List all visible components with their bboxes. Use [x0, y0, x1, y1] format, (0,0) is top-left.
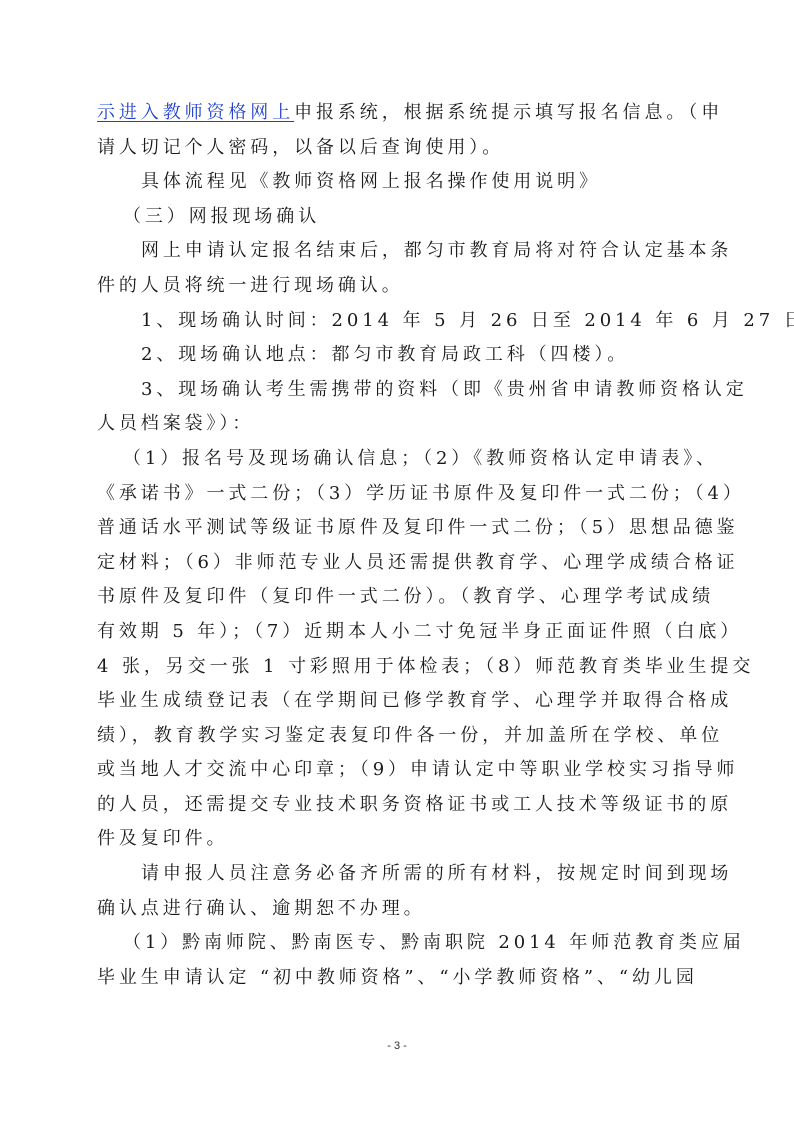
paragraph-line: 或当地人才交流中心印章；（9）申请认定中等职业学校实习指导师 — [97, 753, 715, 788]
line-text: 申报系统，根据系统提示填写报名信息。（申 — [294, 102, 723, 123]
paragraph-line: 毕业生成绩登记表（在学期间已修学教育学、心理学并取得合格成 — [97, 684, 715, 719]
page-number: - 3 - — [0, 1040, 794, 1052]
paragraph-line: 4 张，另交一张 1 寸彩照用于体检表；（8）师范教育类毕业生提交 — [97, 650, 715, 685]
paragraph-line: 定材料；（6）非师范专业人员还需提供教育学、心理学成绩合格证 — [97, 546, 715, 581]
paragraph-line: 3、现场确认考生需携带的资料（即《贵州省申请教师资格认定 — [97, 373, 715, 408]
paragraph-line: 件及复印件。 — [97, 822, 715, 857]
paragraph-line: 毕业生申请认定 “初中教师资格”、“小学教师资格”、“幼儿园 — [97, 961, 715, 996]
section-heading: （三）网报现场确认 — [97, 200, 715, 235]
teacher-qualification-link[interactable]: 示进入教师资格网上 — [97, 102, 294, 123]
paragraph-line: 《承诺书》一式二份；（3）学历证书原件及复印件一式二份；（4） — [97, 477, 715, 512]
paragraph-line: 的人员，还需提交专业技术职务资格证书或工人技术等级证书的原 — [97, 788, 715, 823]
paragraph-line: 普通话水平测试等级证书原件及复印件一式二份；（5）思想品德鉴 — [97, 511, 715, 546]
paragraph-line: （1）黔南师院、黔南医专、黔南职院 2014 年师范教育类应届 — [97, 926, 715, 961]
paragraph-line: 件的人员将统一进行现场确认。 — [97, 269, 715, 304]
paragraph-line: 示进入教师资格网上申报系统，根据系统提示填写报名信息。（申 — [97, 96, 715, 131]
paragraph-line: 具体流程见《教师资格网上报名操作使用说明》 — [97, 165, 715, 200]
paragraph-line: 书原件及复印件（复印件一式二份）。（教育学、心理学考试成绩 — [97, 580, 715, 615]
paragraph-line: 请人切记个人密码，以备以后查询使用）。 — [97, 131, 715, 166]
paragraph-line: 确认点进行确认、逾期恕不办理。 — [97, 892, 715, 927]
paragraph-line: 网上申请认定报名结束后，都匀市教育局将对符合认定基本条 — [97, 234, 715, 269]
document-body: 示进入教师资格网上申报系统，根据系统提示填写报名信息。（申 请人切记个人密码，以… — [97, 96, 715, 995]
paragraph-line: 人员档案袋》）： — [97, 407, 715, 442]
paragraph-line: （1）报名号及现场确认信息；（2）《教师资格认定申请表》、 — [97, 442, 715, 477]
paragraph-line: 2、现场确认地点：都匀市教育局政工科（四楼）。 — [97, 338, 715, 373]
paragraph-line: 绩），教育教学实习鉴定表复印件各一份，并加盖所在学校、单位 — [97, 719, 715, 754]
paragraph-line: 1、现场确认时间：2014 年 5 月 26 日至 2014 年 6 月 27 … — [97, 304, 715, 339]
paragraph-line: 请申报人员注意务必备齐所需的所有材料，按规定时间到现场 — [97, 857, 715, 892]
paragraph-line: 有效期 5 年）；（7）近期本人小二寸免冠半身正面证件照（白底） — [97, 615, 715, 650]
